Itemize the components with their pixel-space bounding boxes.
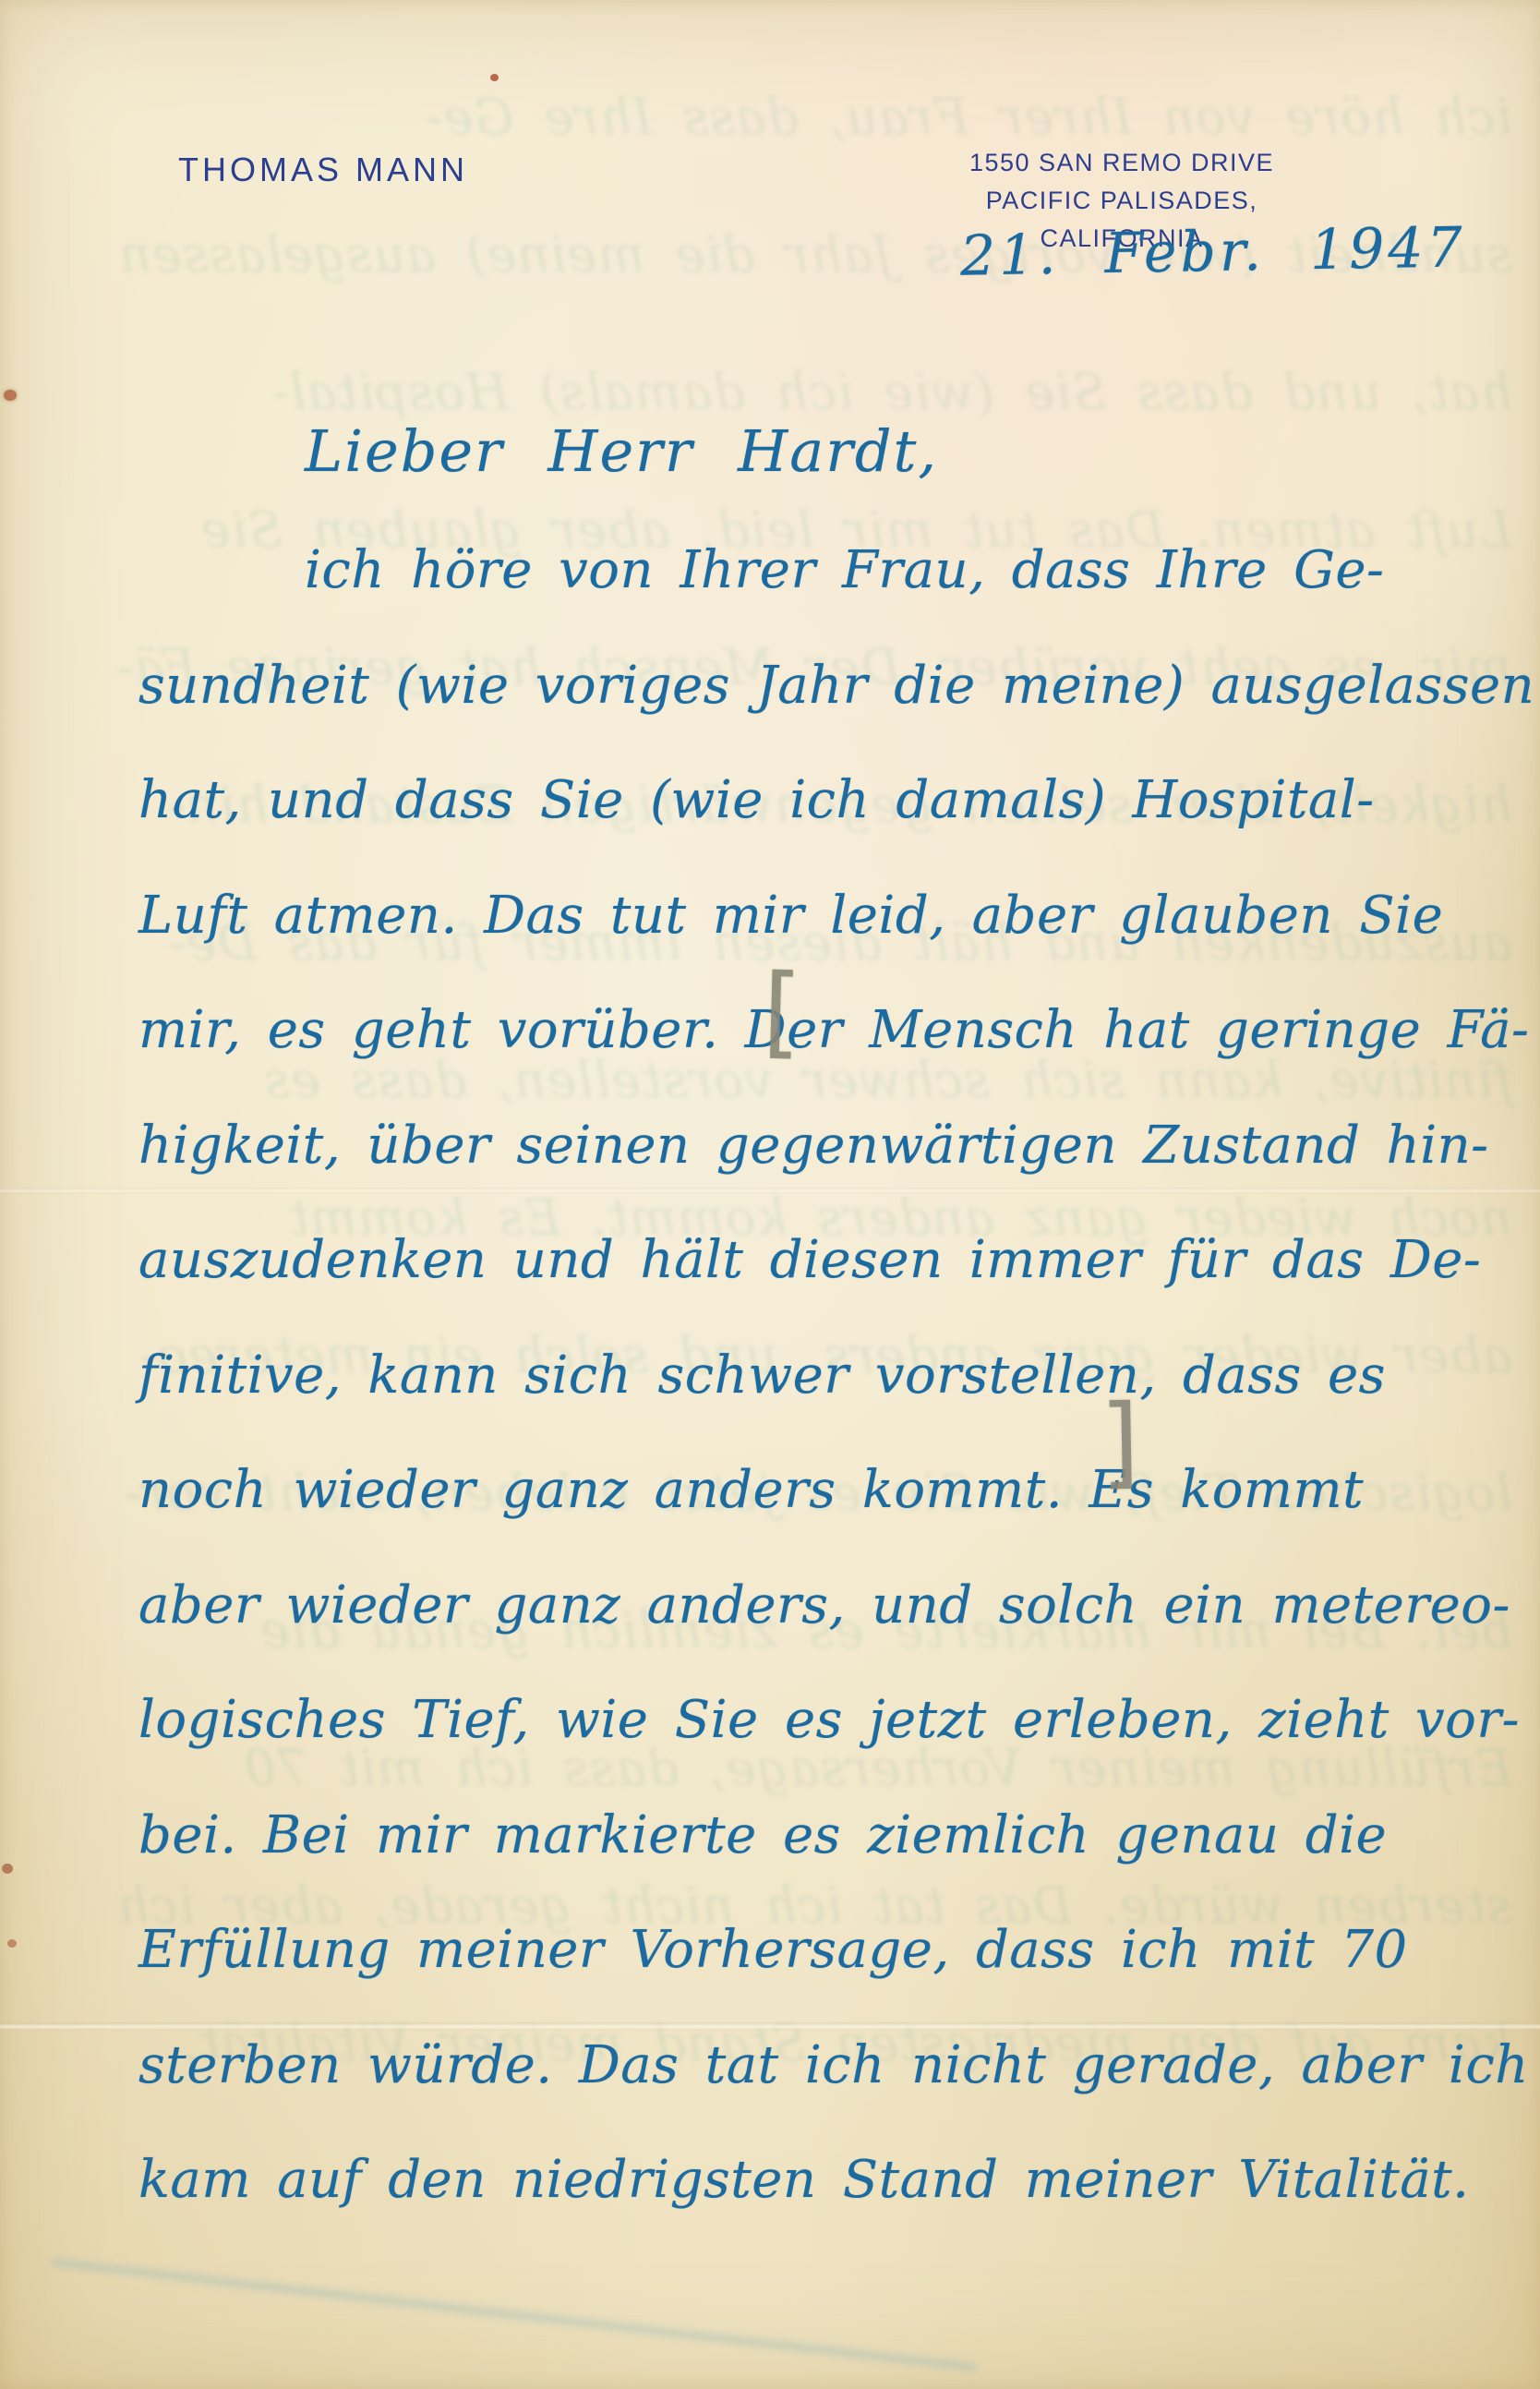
handwritten-line: hat, und dass Sie (wie ich damals) Hospi… xyxy=(138,770,1496,886)
pencil-bracket-close: ] xyxy=(1100,1393,1140,1493)
letter-page: ich höre von Ihrer Frau, dass Ihre Ge-su… xyxy=(0,0,1540,2389)
foxing-spot xyxy=(4,390,17,401)
foxing-spot xyxy=(490,74,499,81)
letter-body: ich höre von Ihrer Frau, dass Ihre Ge-su… xyxy=(138,540,1496,2265)
handwritten-line: auszudenken und hält diesen immer für da… xyxy=(138,1230,1496,1345)
salutation: Lieber Herr Hardt, xyxy=(305,417,938,485)
handwritten-line: logisches Tief, wie Sie es jetzt erleben… xyxy=(138,1690,1496,1805)
ink-smear xyxy=(50,2258,978,2371)
letterhead-address-line1: 1550 SAN REMO DRIVE xyxy=(909,144,1334,182)
handwritten-line: sundheit (wie voriges Jahr die meine) au… xyxy=(138,656,1496,771)
handwritten-line: finitive, kann sich schwer vorstellen, d… xyxy=(138,1345,1496,1461)
handwritten-line: ich höre von Ihrer Frau, dass Ihre Ge- xyxy=(305,540,1496,656)
foxing-spot xyxy=(7,1939,17,1948)
handwritten-line: noch wieder ganz anders kommt. Es kommt xyxy=(138,1460,1496,1575)
handwritten-line: sterben würde. Das tat ich nicht gerade,… xyxy=(138,2035,1496,2151)
handwritten-date: 21. Febr. 1947 xyxy=(959,215,1466,289)
foxing-spot xyxy=(2,1864,13,1874)
handwritten-line: mir, es geht vorüber. Der Mensch hat ger… xyxy=(138,1000,1496,1116)
handwritten-line: Erfüllung meiner Vorhersage, dass ich mi… xyxy=(138,1920,1496,2035)
handwritten-line: higkeit, über seinen gegenwärtigen Zusta… xyxy=(138,1116,1496,1231)
handwritten-line: kam auf den niedrigsten Stand meiner Vit… xyxy=(138,2150,1496,2265)
pencil-bracket-open: [ xyxy=(762,961,803,1062)
letterhead-sender-name: THOMAS MANN xyxy=(178,151,468,189)
handwritten-line: bei. Bei mir markierte es ziemlich genau… xyxy=(138,1805,1496,1921)
handwritten-line: Luft atmen. Das tut mir leid, aber glaub… xyxy=(138,886,1496,1001)
handwritten-line: aber wieder ganz anders, und solch ein m… xyxy=(138,1575,1496,1691)
